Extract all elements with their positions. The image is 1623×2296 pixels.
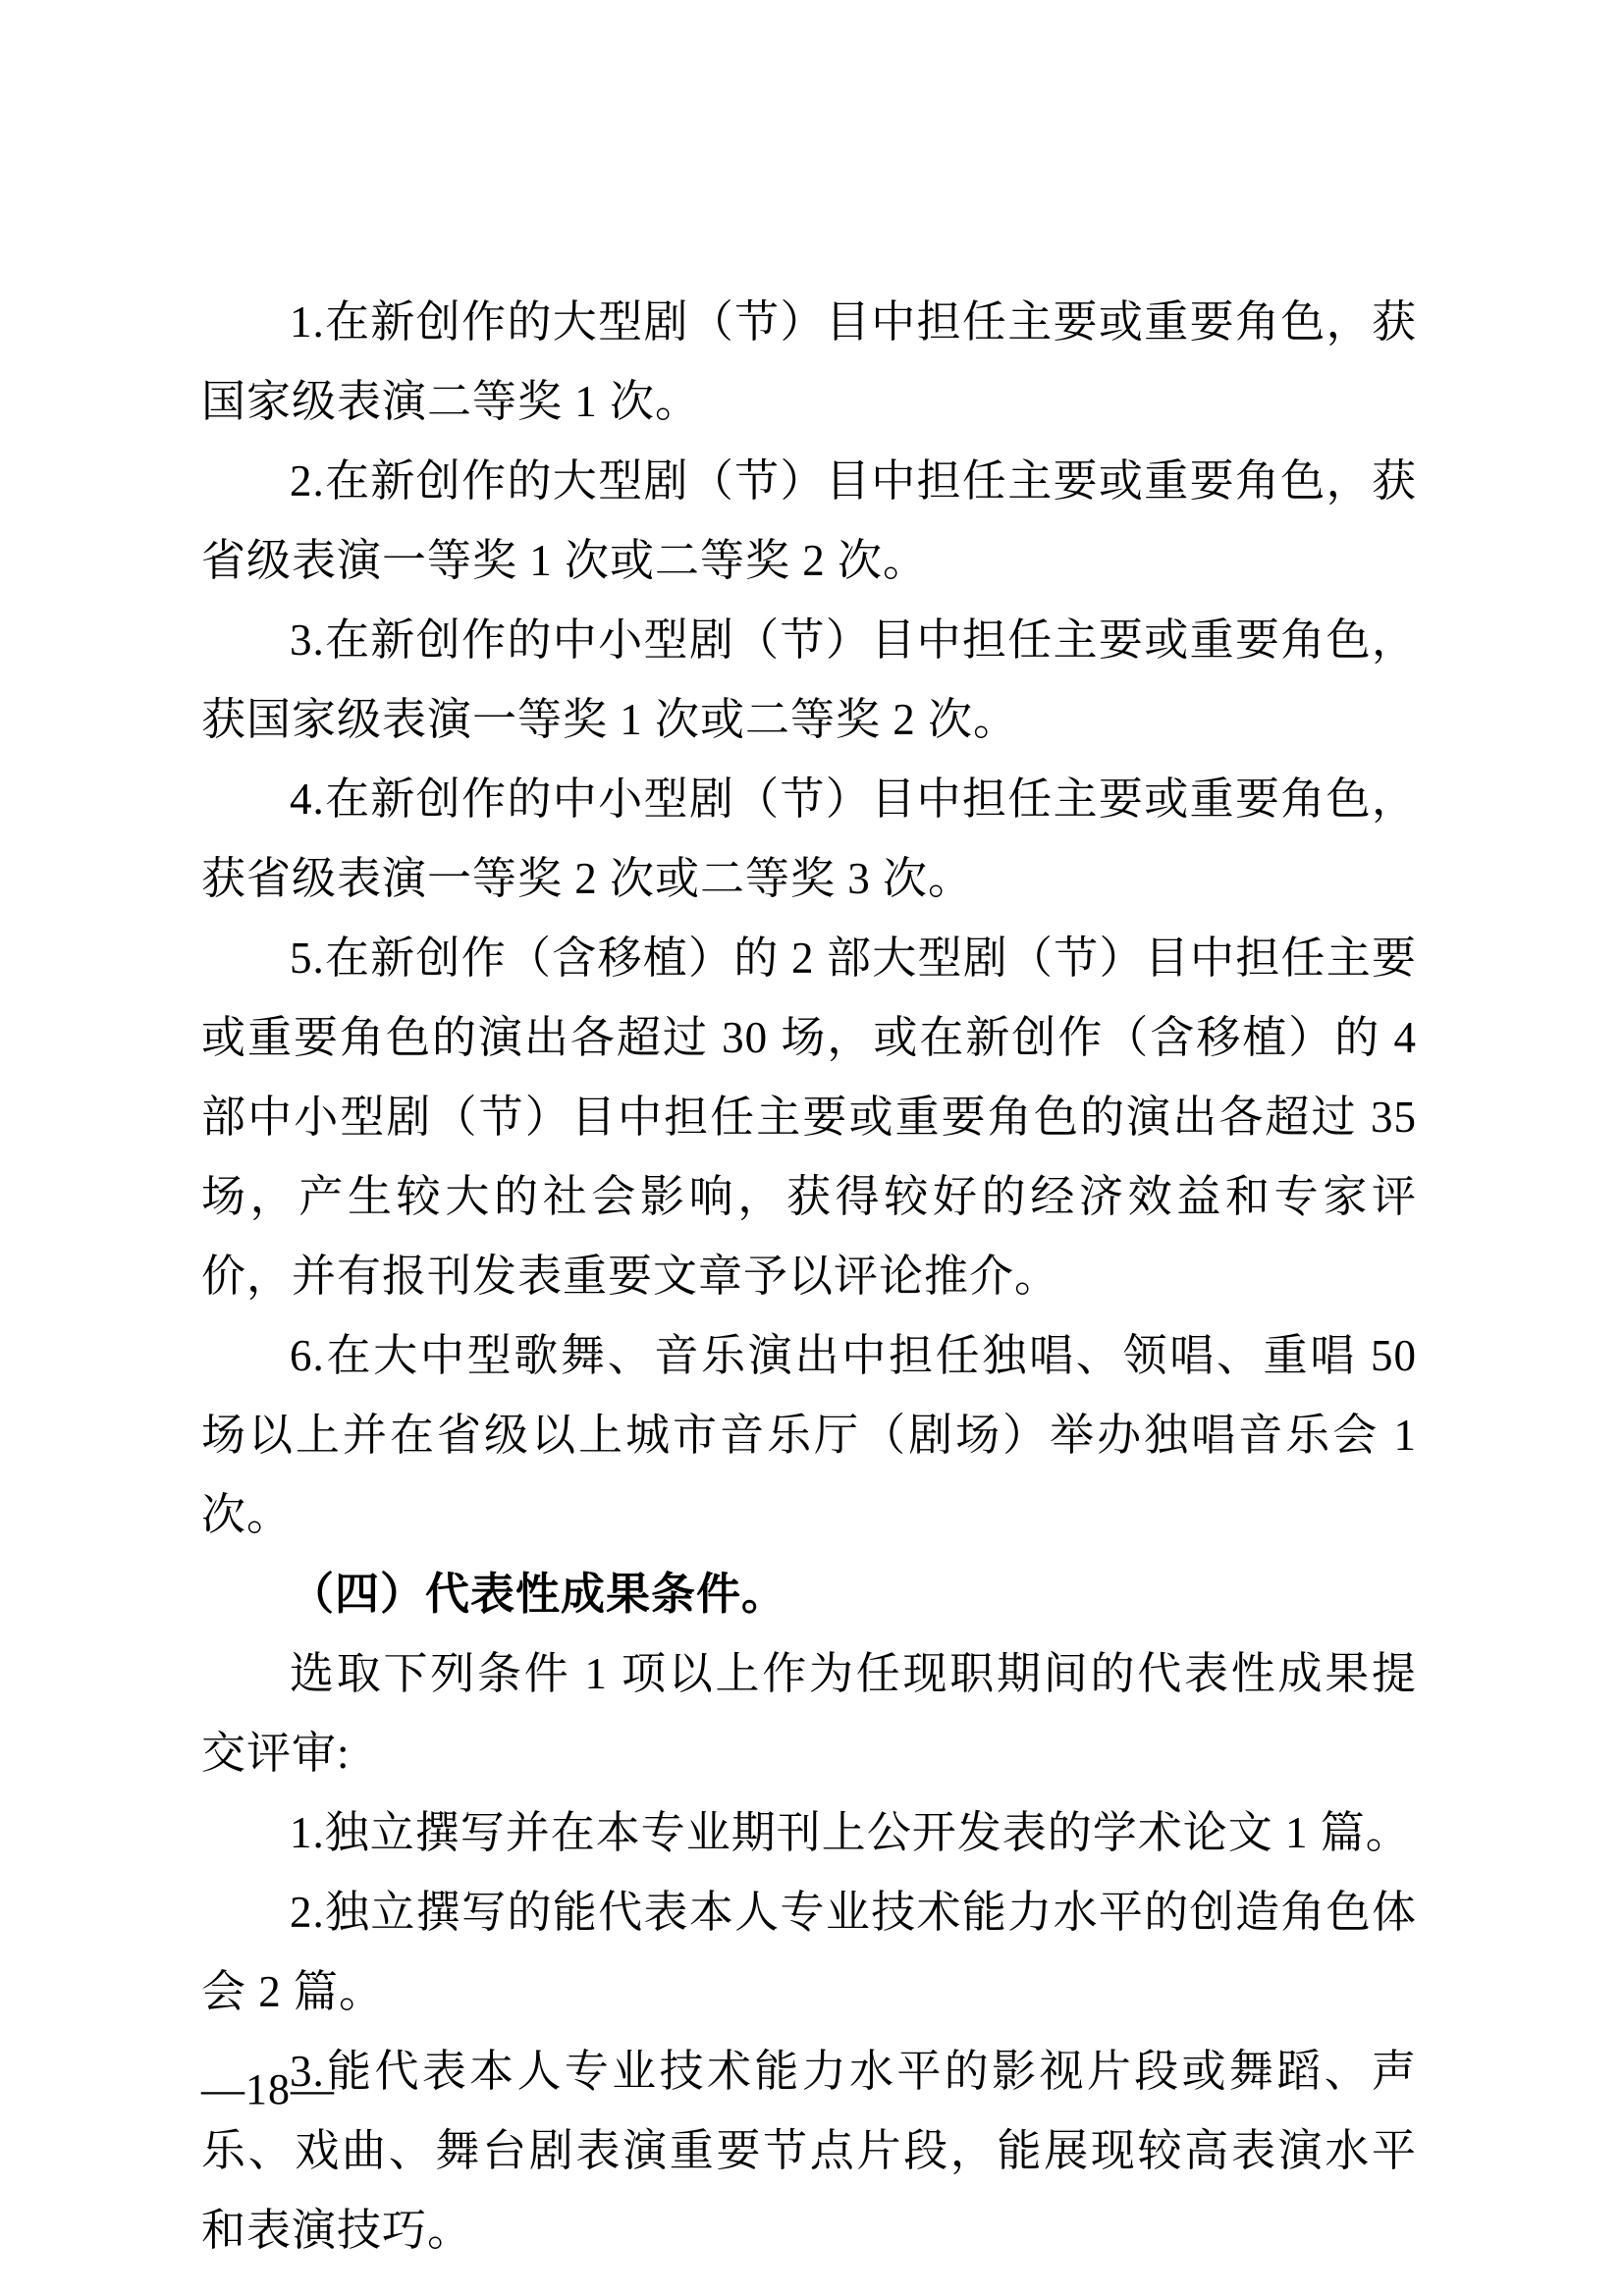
- document-page: 1.在新创作的大型剧（节）目中担任主要或重要角色，获国家级表演二等奖 1 次。 …: [0, 0, 1623, 2296]
- paragraph-award-6: 6.在大中型歌舞、音乐演出中担任独唱、领唱、重唱 50 场以上并在省级以上城市音…: [201, 1316, 1417, 1555]
- paragraph-award-3: 3.在新创作的中小型剧（节）目中担任主要或重要角色，获国家级表演一等奖 1 次或…: [201, 601, 1417, 760]
- paragraph-result-3: 3.能代表本人专业技术能力水平的影视片段或舞蹈、声乐、戏曲、舞台剧表演重要节点片…: [201, 2032, 1417, 2270]
- paragraph-award-1: 1.在新创作的大型剧（节）目中担任主要或重要角色，获国家级表演二等奖 1 次。: [201, 283, 1417, 442]
- paragraph-award-2: 2.在新创作的大型剧（节）目中担任主要或重要角色，获省级表演一等奖 1 次或二等…: [201, 442, 1417, 601]
- paragraph-intro: 选取下列条件 1 项以上作为任现职期间的代表性成果提交评审:: [201, 1634, 1417, 1793]
- paragraph-award-5: 5.在新创作（含移植）的 2 部大型剧（节）目中担任主要或重要角色的演出各超过 …: [201, 919, 1417, 1316]
- paragraph-award-4: 4.在新创作的中小型剧（节）目中担任主要或重要角色，获省级表演一等奖 2 次或二…: [201, 760, 1417, 919]
- page-number: —18—: [201, 2064, 335, 2115]
- paragraph-result-1: 1.独立撰写并在本专业期刊上公开发表的学术论文 1 篇。: [201, 1793, 1417, 1873]
- paragraph-result-2: 2.独立撰写的能代表本人专业技术能力水平的创造角色体会 2 篇。: [201, 1873, 1417, 2032]
- section-heading: （四）代表性成果条件。: [201, 1555, 1417, 1634]
- document-body: 1.在新创作的大型剧（节）目中担任主要或重要角色，获国家级表演二等奖 1 次。 …: [201, 283, 1417, 2270]
